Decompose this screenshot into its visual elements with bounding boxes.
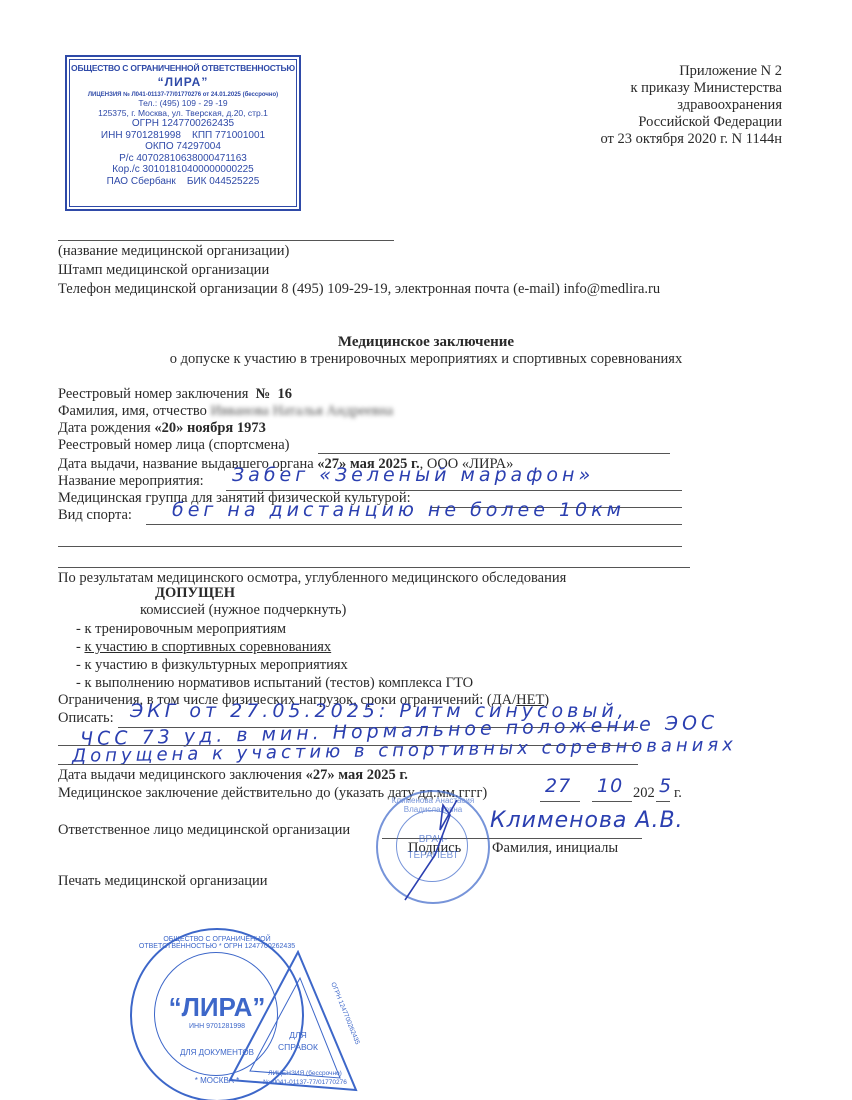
sport-label: Вид спорта:	[58, 507, 132, 524]
conclusion-issue-value: «27» мая 2025 г.	[306, 767, 408, 783]
stamp-org-type: ОБЩЕСТВО С ОГРАНИЧЕННОЙ ОТВЕТСТВЕННОСТЬЮ	[67, 63, 299, 73]
stamp-address: 125375, г. Москва, ул. Тверская, д.20, с…	[67, 108, 299, 118]
appendix-line: Приложение N 2	[601, 63, 783, 80]
valid-day: 27	[545, 775, 571, 797]
stamp-phone: Тел.: (495) 109 - 29 -19	[67, 98, 299, 108]
birth-value: «20» ноября 1973	[154, 420, 266, 436]
stamp-inn-kpp: ИНН 9701281998 КПП 771001001	[67, 130, 299, 142]
organization-header-stamp: ОБЩЕСТВО С ОГРАНИЧЕННОЙ ОТВЕТСТВЕННОСТЬЮ…	[65, 55, 301, 211]
birth-label: Дата рождения	[58, 420, 151, 436]
issue-date-row: Дата выдачи медицинского заключения «27»…	[58, 767, 408, 784]
responsible-label: Ответственное лицо медицинской организац…	[58, 822, 350, 839]
athlete-registry-label: Реестровый номер лица (спортсмена)	[58, 437, 289, 454]
triangle-license-no: № Л041-01137-77/01770276	[250, 1079, 360, 1086]
valid-day-line	[540, 801, 580, 802]
valid-year-suffix: г.	[674, 785, 682, 802]
sport-value-handwritten: бег на дистанцию не более 10км	[172, 499, 625, 521]
stamp-label: Штамп медицинской организации	[58, 262, 269, 279]
valid-year-prefix: 202	[633, 785, 655, 802]
stamp-rs: Р/с 40702810638000471163	[67, 153, 299, 165]
handwritten-name: Клименова А.В.	[490, 808, 684, 833]
description-label: Описать:	[58, 710, 114, 727]
admission-status: ДОПУЩЕН	[155, 585, 235, 602]
commission-note: комиссией (нужное подчеркнуть)	[140, 602, 346, 619]
valid-month: 10	[597, 775, 623, 797]
valid-month-line	[592, 801, 632, 802]
name-caption: Фамилия, инициалы	[492, 840, 618, 857]
org-name-caption: (название медицинской организации)	[58, 243, 289, 260]
fio-label: Фамилия, имя, отчество	[58, 403, 207, 419]
registry-number-row: Реестровый номер заключения № 16	[58, 386, 292, 403]
registry-label: Реестровый номер заключения	[58, 386, 248, 402]
org-contacts: Телефон медицинской организации 8 (495) …	[58, 281, 660, 298]
event-value-handwritten: Забег «Зеленый марафон»	[232, 464, 594, 486]
appendix-line: здравоохранения	[601, 97, 783, 114]
appendix-header: Приложение N 2 к приказу Министерства зд…	[601, 63, 783, 148]
result-intro: По результатам медицинского осмотра, угл…	[58, 570, 566, 587]
fio-value-redacted: Ивванова Наталья Андреевна	[210, 403, 393, 419]
description-underline	[58, 764, 638, 765]
valid-year-digit: 5	[659, 775, 671, 797]
event-label: Название мероприятия:	[58, 473, 204, 490]
option-gto: - к выполнению нормативов испытаний (тес…	[76, 675, 473, 692]
option-physical-culture: - к участию в физкультурных мероприятиях	[76, 657, 348, 674]
document-subtitle: о допуске к участию в тренировочных меро…	[0, 351, 852, 368]
option-competitions: - к участию в спортивных соревнованиях	[76, 639, 331, 656]
appendix-line: к приказу Министерства	[601, 80, 783, 97]
triangle-label-1: ДЛЯ	[268, 1030, 328, 1040]
seal-ring-text: ОБЩЕСТВО С ОГРАНИЧЕННОЙ ОТВЕТСТВЕННОСТЬЮ…	[132, 936, 302, 950]
birth-date-row: Дата рождения «20» ноября 1973	[58, 420, 266, 437]
sport-line	[146, 524, 682, 525]
triangle-license: ЛИЦЕНЗИЯ (бессрочно)	[250, 1070, 360, 1077]
stamp-ogrn: ОГРН 1247700262435	[67, 118, 299, 130]
appendix-line: Российской Федерации	[601, 114, 783, 131]
valid-year-line	[656, 801, 670, 802]
triangle-label-2: СПРАВОК	[268, 1042, 328, 1052]
blank-line	[58, 567, 690, 568]
stamp-org-name: “ЛИРА”	[67, 75, 299, 89]
option-competitions-label: к участию в спортивных соревнованиях	[84, 639, 331, 655]
stamp-okpo: ОКПО 74297004	[67, 141, 299, 153]
org-name-line	[58, 240, 394, 241]
stamp-ks: Кор./с 30101810400000000225	[67, 164, 299, 176]
blank-line	[58, 546, 682, 547]
signature-stroke-icon	[395, 795, 475, 905]
conclusion-issue-label: Дата выдачи медицинского заключения	[58, 767, 302, 783]
registry-no-sign: №	[256, 386, 271, 402]
option-training: - к тренировочным мероприятиям	[76, 621, 286, 638]
athlete-registry-line	[318, 453, 670, 454]
registry-value: 16	[277, 386, 292, 402]
seal-label: Печать медицинской организации	[58, 873, 268, 890]
stamp-bank: ПАО Сбербанк БИК 044525225	[67, 176, 299, 188]
document-title: Медицинское заключение	[0, 334, 852, 351]
appendix-line: от 23 октября 2020 г. N 1144н	[601, 131, 783, 148]
fio-row: Фамилия, имя, отчество Ивванова Наталья …	[58, 403, 393, 420]
